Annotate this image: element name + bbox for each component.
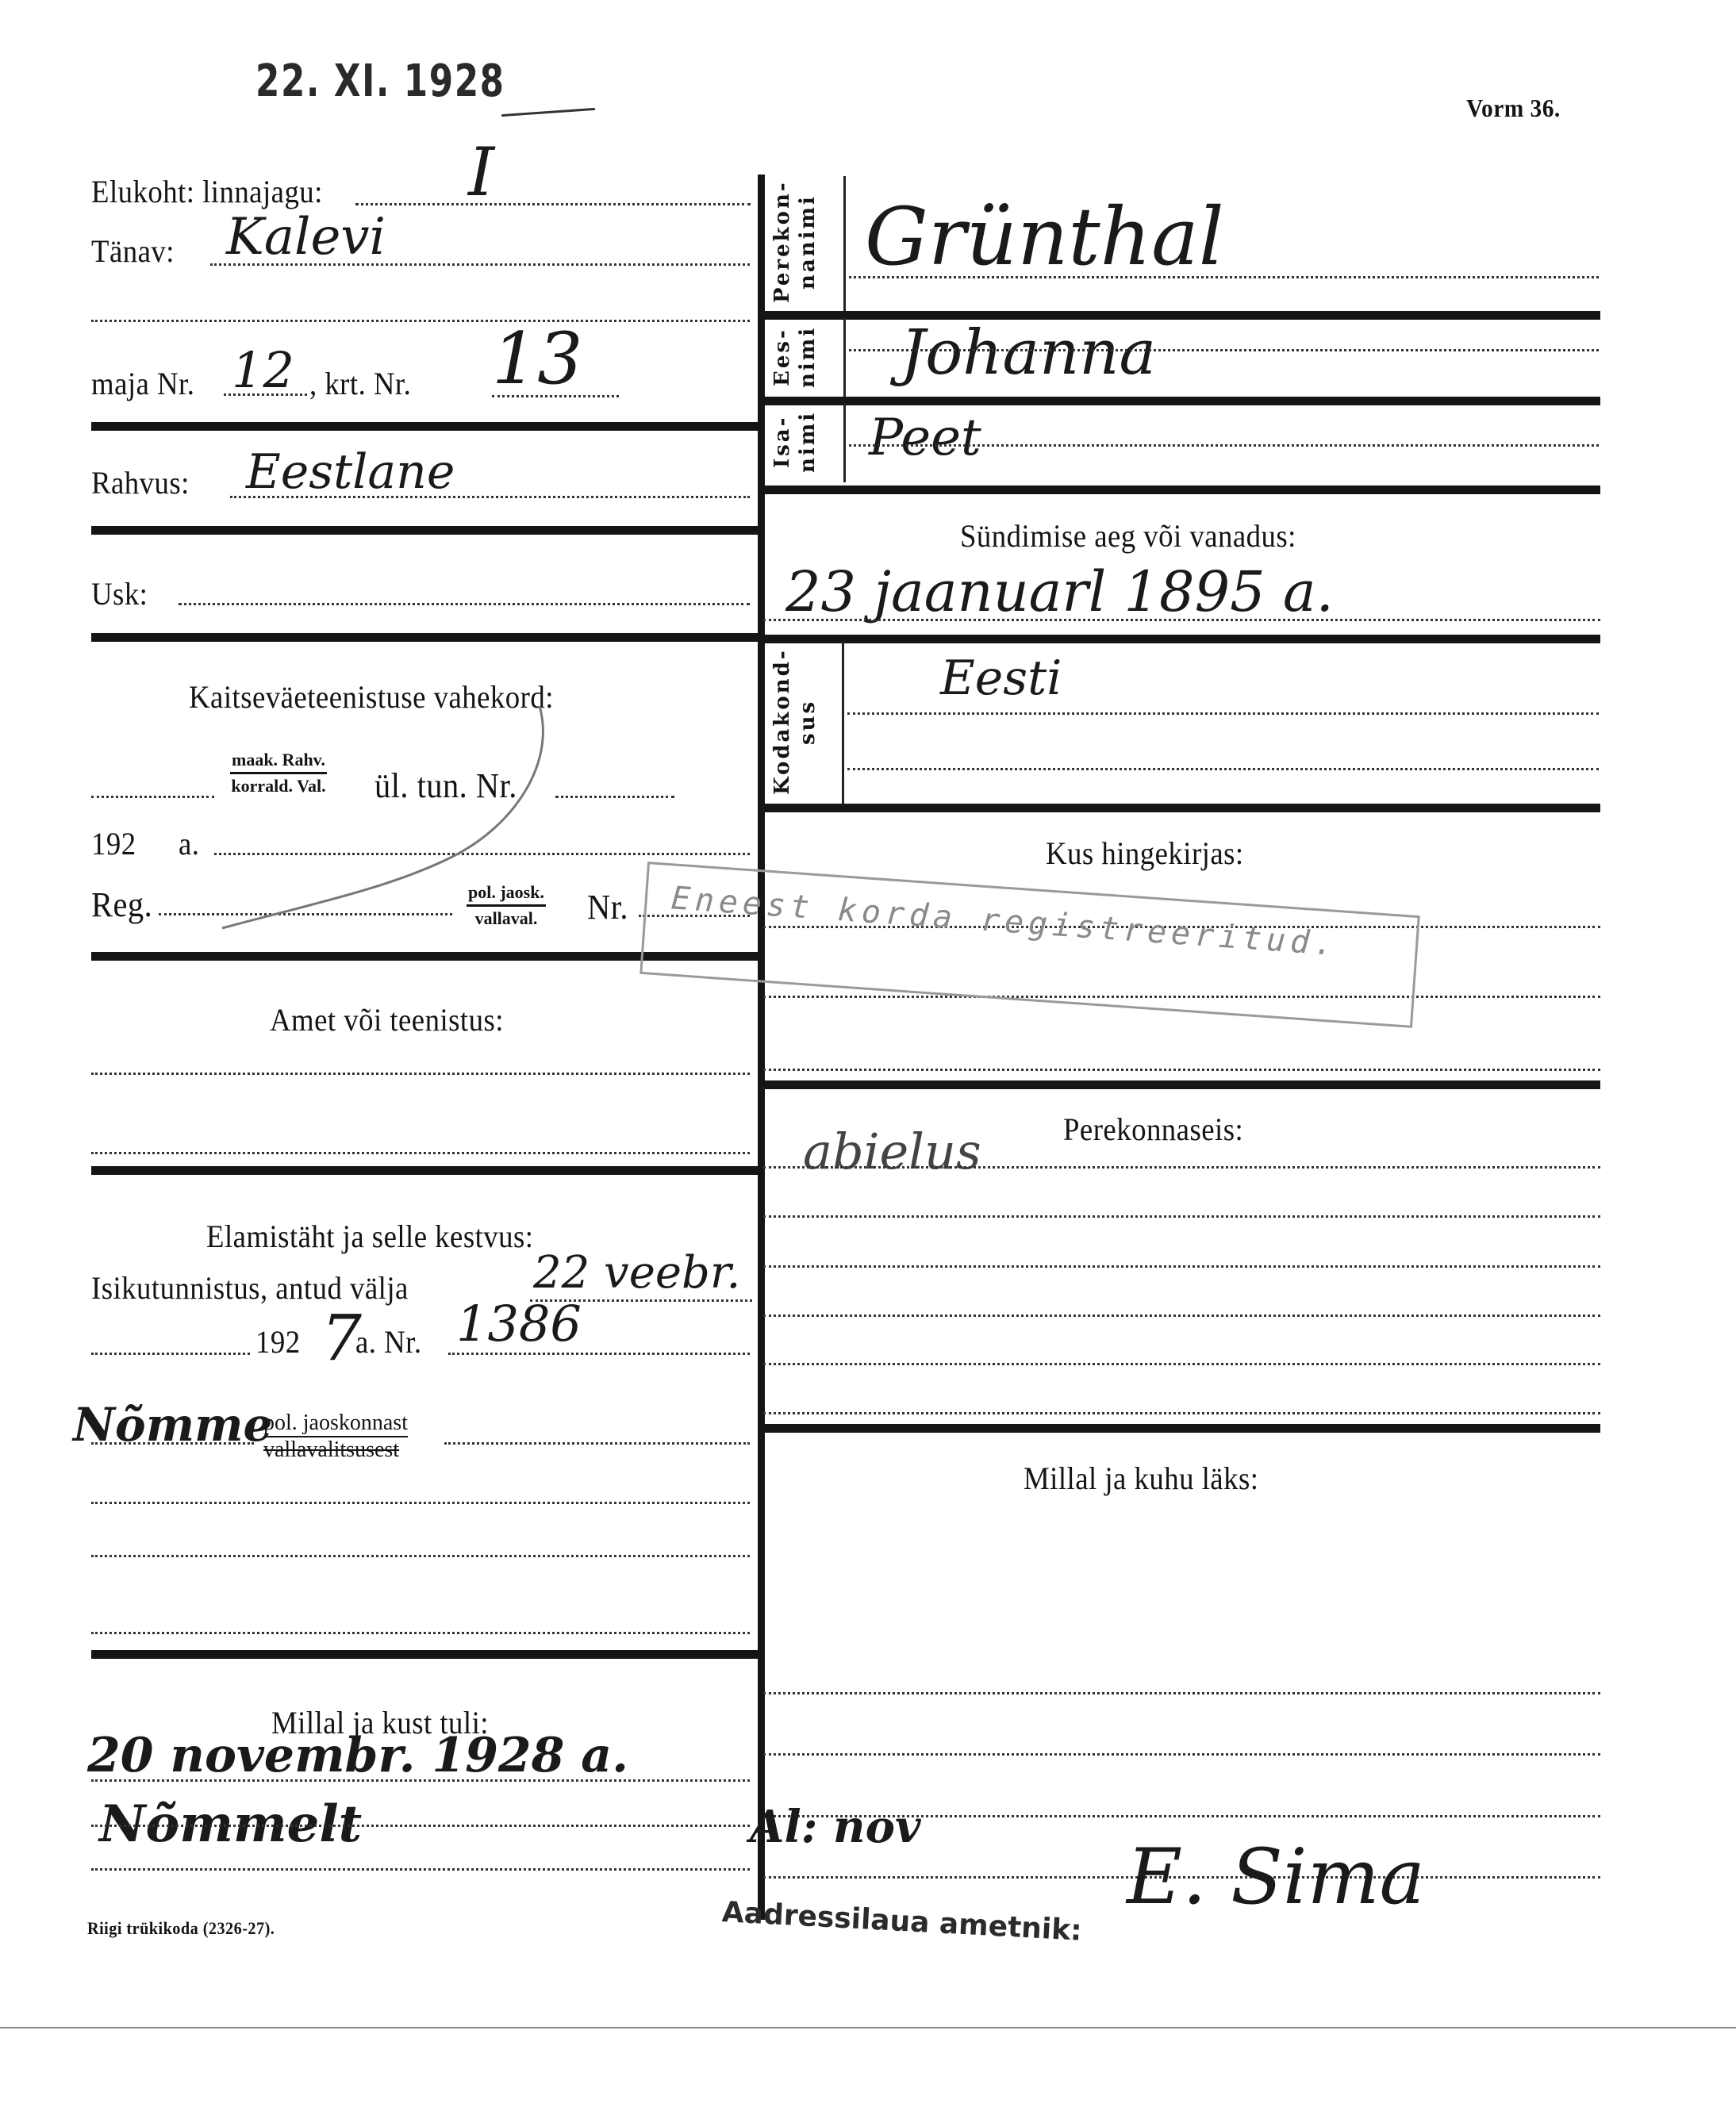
citizenship-line-2 [847, 768, 1599, 770]
marital-line [763, 1166, 1600, 1169]
section-divider [91, 422, 759, 431]
official-note: Al: nov [750, 1801, 921, 1853]
section-divider [763, 485, 1600, 494]
section-divider [763, 804, 1600, 812]
label-divider [843, 403, 846, 482]
label-divider [842, 641, 844, 806]
military-line [91, 796, 214, 798]
surname-line [849, 276, 1599, 278]
apartment-field[interactable]: 13 [492, 317, 583, 401]
printer-imprint: Riigi trükikoda (2326-27). [87, 1918, 275, 1939]
reg-label: Reg. [91, 885, 152, 925]
father-name-field[interactable]: Peet [869, 409, 981, 467]
official-stamp: Aadressilaua ametnik: [721, 1896, 1083, 1948]
section-divider [763, 311, 1600, 320]
blank-line [91, 1868, 750, 1871]
official-signature: E. Sima [1127, 1833, 1425, 1921]
street-field[interactable]: Kalevi [226, 208, 386, 267]
citizenship-field[interactable]: Eesti [940, 651, 1062, 706]
first-name-field[interactable]: Johanna [901, 317, 1156, 389]
first-name-label: Ees- nimi [770, 321, 825, 393]
registry-heading: Kus hingekirjas: [1046, 835, 1244, 872]
registry-line-3 [763, 1069, 1600, 1071]
residence-label: Elukoht: linnajagu: [91, 173, 323, 210]
birth-heading: Sündimise aeg või vanadus: [960, 517, 1296, 555]
occupation-field[interactable] [91, 1073, 750, 1075]
citizenship-label: Kodakond- sus [770, 647, 825, 797]
section-divider [91, 526, 759, 535]
first-name-line [849, 349, 1599, 351]
district-field[interactable]: I [468, 133, 494, 211]
birth-line [763, 619, 1600, 621]
section-divider [91, 1166, 759, 1175]
section-divider [763, 635, 1600, 643]
marital-line-5 [763, 1363, 1600, 1365]
father-name-line [849, 444, 1599, 447]
reg-nr-label: Nr. [587, 887, 628, 927]
issuer-line-2 [444, 1442, 750, 1445]
blank-line [91, 1502, 750, 1504]
marital-line-2 [763, 1215, 1600, 1218]
occupation-field-2[interactable] [91, 1152, 750, 1154]
departure-heading: Millal ja kuhu läks: [1024, 1460, 1258, 1497]
blank-line [91, 1632, 750, 1634]
religion-label: Usk: [91, 575, 148, 612]
id-date-field[interactable]: 22 veebr. [533, 1247, 740, 1299]
apartment-label: , krt. Nr. [309, 365, 411, 402]
marital-line-6 [763, 1412, 1600, 1414]
marital-line-3 [763, 1265, 1600, 1268]
label-divider [843, 176, 846, 317]
house-field[interactable]: 12 [232, 341, 294, 399]
nationality-label: Rahvus: [91, 464, 190, 501]
pencil-stroke [214, 698, 547, 936]
surname-label: Perekon- nanimi [770, 178, 825, 305]
arrival-place-line [91, 1825, 750, 1827]
section-divider [91, 633, 759, 642]
residence-status-heading: Elamistäht ja selle kestvus: [206, 1218, 533, 1255]
section-divider [763, 1424, 1600, 1433]
office-number-field[interactable] [555, 796, 674, 798]
arrival-date-line [91, 1779, 750, 1782]
year-label: 192 [91, 825, 136, 862]
paper-edge [0, 2027, 1736, 2028]
issuer-line [91, 1442, 254, 1445]
handwritten-underline [501, 108, 595, 117]
blank-line [91, 1555, 750, 1557]
surname-field[interactable]: Grünthal [865, 190, 1224, 283]
district-line [355, 203, 751, 205]
departure-field[interactable] [763, 1692, 1600, 1694]
label-divider [843, 317, 846, 397]
date-stamp: 22. XI. 1928 [255, 56, 505, 107]
house-label: maja Nr. [91, 365, 194, 402]
registered-stamp: Eneest korda registreeritud. [639, 862, 1420, 1028]
father-name-label: Isa- nimi [770, 406, 825, 478]
year-suffix: a. [179, 825, 199, 862]
marital-status-heading: Perekonnaseis: [1063, 1111, 1243, 1148]
id-nr-field[interactable]: 1386 [456, 1295, 582, 1353]
id-nr-line [448, 1353, 750, 1355]
blank-line [91, 320, 750, 322]
marital-line-4 [763, 1314, 1600, 1317]
occupation-heading: Amet või teenistus: [270, 1001, 504, 1038]
form-number: Vorm 36. [1466, 94, 1561, 123]
issuer-option-police: pol. jaoskonnast [263, 1410, 408, 1437]
citizenship-line [847, 712, 1599, 715]
id-line [91, 1353, 250, 1355]
id-year-prefix: 192 [255, 1323, 301, 1361]
section-divider [763, 1080, 1600, 1089]
issuer-options: pol. jaoskonnast vallavalitsusest [263, 1410, 408, 1463]
section-divider [91, 1650, 759, 1659]
street-label: Tänav: [91, 232, 175, 270]
departure-line-2 [763, 1753, 1600, 1756]
nationality-field[interactable]: Eestlane [246, 444, 455, 500]
arrival-date-field[interactable]: 20 novembr. 1928 a. [87, 1728, 628, 1783]
section-divider [763, 397, 1600, 405]
issuer-option-municipality: vallavalitsusest [263, 1437, 408, 1463]
religion-field[interactable] [179, 603, 750, 605]
marital-status-field[interactable]: abielus [803, 1123, 981, 1180]
birth-field[interactable]: 23 jaanuarl 1895 a. [785, 559, 1334, 624]
id-nr-label: a. Nr. [355, 1323, 422, 1361]
